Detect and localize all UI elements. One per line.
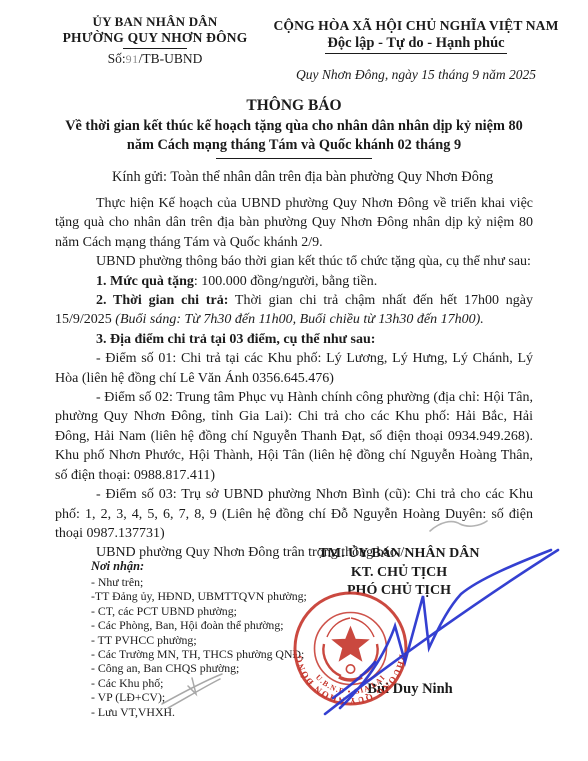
document-number-suffix: /TB-UBND — [139, 51, 203, 66]
pen-squiggle-icon — [428, 515, 490, 539]
document-content: THÔNG BÁO Về thời gian kết thúc kế hoạch… — [0, 0, 588, 563]
text-run: - Điểm số 02: Trung tâm Phục vụ Hành chí… — [55, 390, 533, 483]
text-run: Thực hiện Kế hoạch của UBND phường Quy N… — [55, 196, 533, 250]
document-subtitle-line1: Về thời gian kết thúc kế hoạch tặng qùa … — [55, 117, 533, 136]
pen-check-icon — [158, 670, 228, 710]
document-page: ỦY BAN NHÂN DÂN PHƯỜNG QUY NHƠN ĐÔNG Số:… — [0, 0, 588, 761]
salutation-line: Kính gửi: Toàn thể nhân dân trên địa bàn… — [112, 169, 533, 186]
pen-mark-near-recipients — [158, 670, 228, 710]
body-paragraphs: Thực hiện Kế hoạch của UBND phường Quy N… — [55, 194, 533, 563]
text-run: 2. Thời gian chi trả: — [96, 293, 228, 308]
pen-mark-after-closing — [428, 515, 490, 539]
national-motto-block: CỘNG HÒA XÃ HỘI CHỦ NGHĨA VIỆT NAM Độc l… — [268, 18, 564, 83]
document-subtitle-line2: năm Cách mạng tháng Tám và Quốc khánh 02… — [55, 136, 533, 155]
national-motto: Độc lập - Tự do - Hạnh phúc — [325, 35, 506, 54]
document-number: Số:91/TB-UBND — [57, 51, 253, 67]
place-date-line: Quy Nhơn Đông, ngày 15 tháng 9 năm 2025 — [268, 67, 564, 83]
paragraph: 1. Mức quà tặng: 100.000 đồng/người, bằn… — [55, 272, 533, 291]
issuing-authority-line2: PHƯỜNG QUY NHƠN ĐÔNG — [57, 30, 253, 46]
handwritten-signature — [295, 538, 580, 726]
national-title: CỘNG HÒA XÃ HỘI CHỦ NGHĨA VIỆT NAM — [268, 18, 564, 34]
text-run: - Điểm số 01: Chi trả tại các Khu phố: L… — [55, 351, 533, 385]
document-heading: THÔNG BÁO — [55, 97, 533, 115]
issuing-authority-line1: ỦY BAN NHÂN DÂN — [57, 14, 253, 30]
document-number-value: 91 — [126, 52, 139, 66]
text-run: (Buổi sáng: Từ 7h30 đến 11h00, Buổi chiề… — [115, 312, 483, 327]
paragraph: Thực hiện Kế hoạch của UBND phường Quy N… — [55, 194, 533, 252]
authority-underline — [123, 48, 187, 49]
text-run: UBND phường thông báo thời gian kết thúc… — [96, 254, 531, 269]
paragraph: - Điểm số 02: Trung tâm Phục vụ Hành chí… — [55, 388, 533, 485]
text-run: : 100.000 đồng/người, bằng tiền. — [194, 274, 377, 289]
text-run: 1. Mức quà tặng — [96, 274, 194, 289]
document-number-prefix: Số: — [108, 51, 126, 66]
paragraph: - Điểm số 01: Chi trả tại các Khu phố: L… — [55, 349, 533, 388]
text-run: 3. Địa điểm chi trả tại 03 điểm, cụ thể … — [96, 332, 375, 347]
paragraph: 3. Địa điểm chi trả tại 03 điểm, cụ thể … — [55, 330, 533, 349]
paragraph: 2. Thời gian chi trả: Thời gian chi trả … — [55, 291, 533, 330]
issuing-authority-block: ỦY BAN NHÂN DÂN PHƯỜNG QUY NHƠN ĐÔNG Số:… — [57, 14, 253, 67]
title-underline — [216, 158, 372, 159]
paragraph: UBND phường thông báo thời gian kết thúc… — [55, 252, 533, 271]
handwritten-signature-icon — [295, 538, 580, 726]
